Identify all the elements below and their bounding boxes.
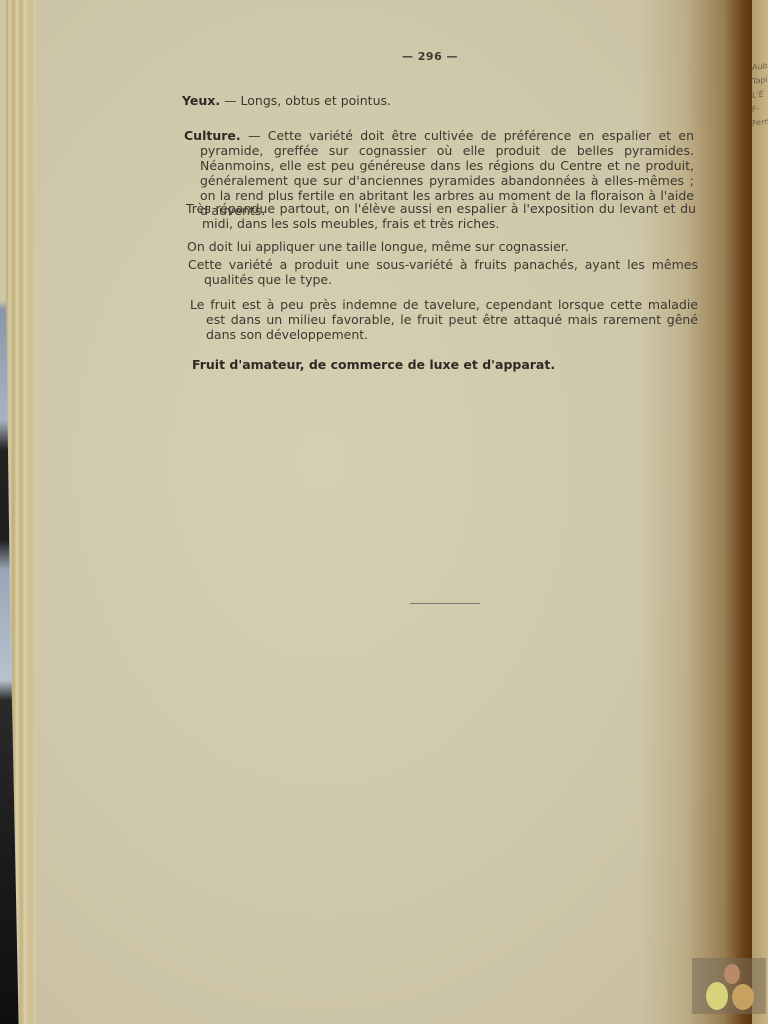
paragraph-sous-variete: Cette variété a produit une sous-variété… [188, 257, 698, 287]
paragraph-text: Cette variété a produit une sous-variété… [188, 257, 698, 287]
section-divider [410, 603, 480, 604]
page-number: — 296 — [380, 50, 480, 63]
paragraph-yeux: Yeux. — Longs, obtus et pointus. [182, 93, 682, 108]
paragraph-text: — Longs, obtus et pointus. [220, 93, 391, 108]
paragraph-heading: Culture. [184, 128, 241, 143]
paragraph-text: Le fruit est à peu près indemne de tavel… [190, 297, 698, 342]
paragraph-taille: On doit lui appliquer une taille longue,… [187, 239, 697, 254]
closing-statement: Fruit d'amateur, de commerce de luxe et … [192, 357, 555, 372]
page-content: — 296 — Yeux. — Longs, obtus et pointus.… [0, 0, 768, 1024]
paragraph-heading: Yeux. [182, 93, 220, 108]
paragraph-text: Très répandue partout, on l'élève aussi … [186, 201, 696, 231]
paragraph-tavelure: Le fruit est à peu près indemne de tavel… [190, 297, 698, 342]
paragraph-repandue: Très répandue partout, on l'élève aussi … [186, 201, 696, 231]
paragraph-text: On doit lui appliquer une taille longue,… [187, 239, 569, 254]
